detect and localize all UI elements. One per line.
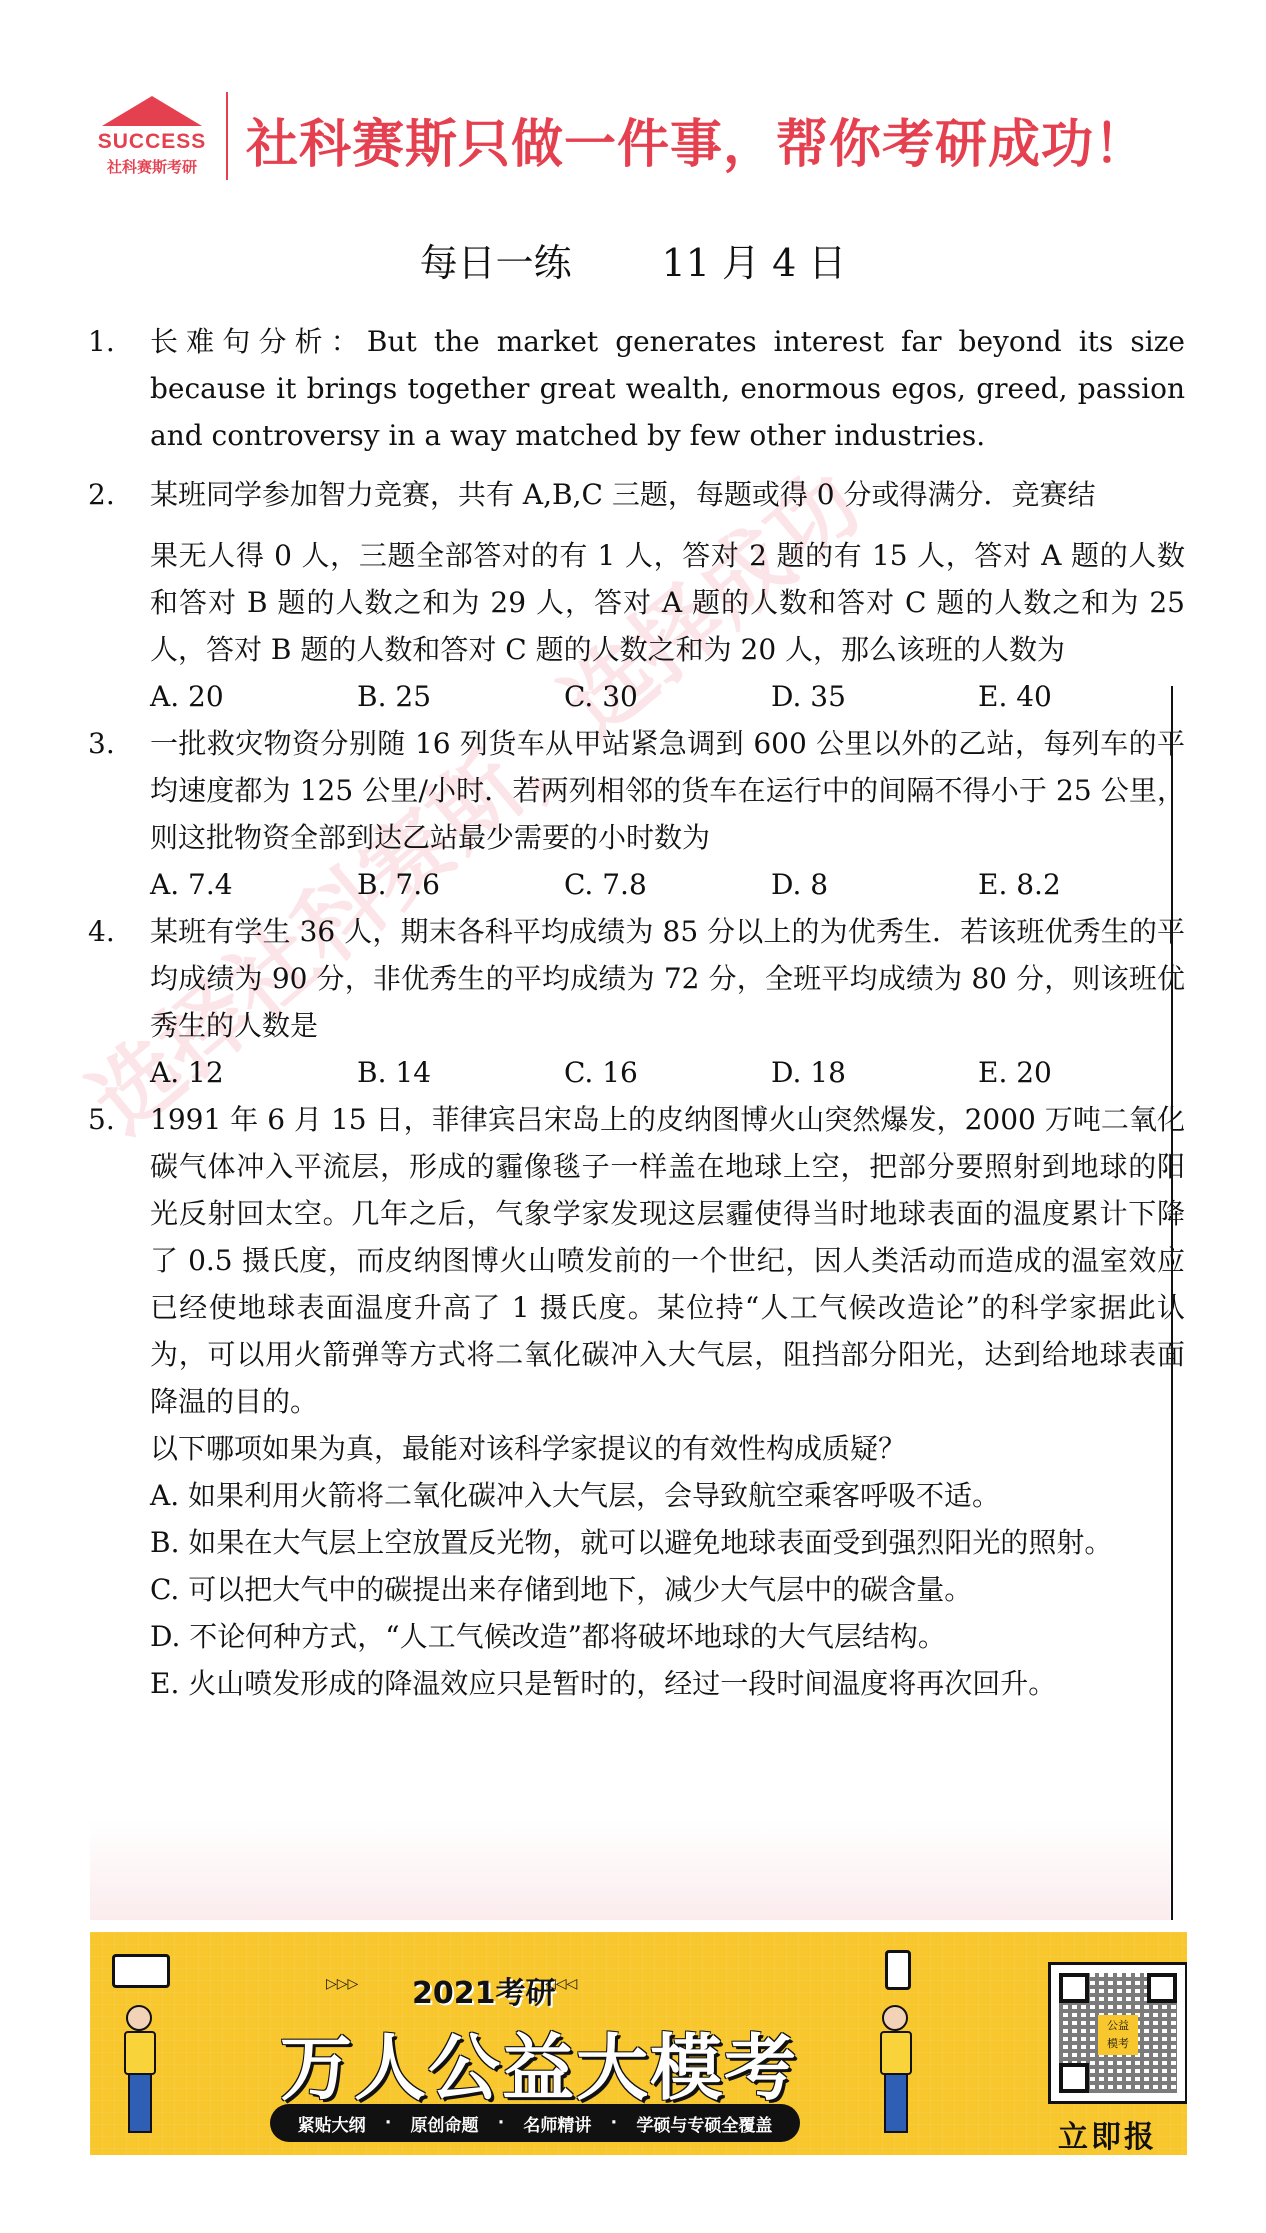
option-a[interactable]: A. 7.4 — [150, 861, 357, 908]
option-a[interactable]: A. 如果利用火箭将二氧化碳冲入大气层，会导致航空乘客呼吸不适。 — [150, 1472, 1185, 1519]
feature-item: 学硕与专硕全覆盖 — [636, 2111, 772, 2136]
question-text: 1991 年 6 月 15 日，菲律宾吕宋岛上的皮纳图博火山突然爆发，2000 … — [150, 1096, 1185, 1425]
girl-illustration-right — [870, 1987, 916, 2137]
option-d[interactable]: D. 35 — [771, 673, 978, 720]
question-list: 1. 长难句分析：But the market generates intere… — [88, 318, 1185, 1707]
header-tagline: 社科赛斯只做一件事，帮你考研成功！ — [246, 102, 1147, 177]
decorative-wash — [90, 1820, 1170, 1920]
roof-icon — [102, 96, 202, 126]
girl-illustration-left — [114, 1987, 160, 2137]
banner-subtitle: 2021考研 — [412, 1968, 556, 2012]
options-row: A. 12 B. 14 C. 16 D. 18 E. 20 — [150, 1049, 1185, 1096]
feature-item: 原创命题 — [411, 2111, 479, 2136]
page-header: SUCCESS 社科赛斯考研 社科赛斯只做一件事，帮你考研成功！ — [88, 92, 1188, 182]
options-row: A. 7.4 B. 7.6 C. 7.8 D. 8 E. 8.2 — [150, 861, 1185, 908]
logo-word: SUCCESS — [88, 130, 216, 154]
option-d[interactable]: D. 不论何种方式，“人工气候改造”都将破坏地球的大气层结构。 — [150, 1613, 1185, 1660]
option-e[interactable]: E. 8.2 — [978, 861, 1185, 908]
title-label: 每日一练 — [420, 232, 572, 287]
qr-center-label: 公益 模考 — [1098, 2015, 1138, 2055]
option-c[interactable]: C. 30 — [564, 673, 771, 720]
mock-exam-banner[interactable]: ▷▷▷ 2021考研 ◁◁◁ 万人公益大模考 紧贴大纲 · 原创命题 · 名师精… — [90, 1932, 1187, 2155]
option-c[interactable]: C. 7.8 — [564, 861, 771, 908]
success-logo: SUCCESS 社科赛斯考研 — [88, 96, 216, 180]
option-b[interactable]: B. 14 — [357, 1049, 564, 1096]
question-3: 3. 一批救灾物资分别随 16 列货车从甲站紧急调到 600 公里以外的乙站，每… — [88, 720, 1185, 908]
question-text-line1: 某班同学参加智力竞赛，共有 A,B,C 三题，每题或得 0 分或得满分．竞赛结 — [150, 471, 1185, 518]
logo-chinese-name: 社科赛斯考研 — [88, 156, 216, 177]
options-row: A. 20 B. 25 C. 30 D. 35 E. 40 — [150, 673, 1185, 720]
question-number: 1. — [88, 318, 115, 365]
option-b[interactable]: B. 如果在大气层上空放置反光物，就可以避免地球表面受到强烈阳光的照射。 — [150, 1519, 1185, 1566]
question-number: 5. — [88, 1096, 115, 1143]
header-divider — [226, 92, 228, 180]
option-b[interactable]: B. 25 — [357, 673, 564, 720]
arrows-right-icon: ◁◁◁ — [545, 1976, 577, 1992]
option-b[interactable]: B. 7.6 — [357, 861, 564, 908]
question-text: 长难句分析：But the market generates interest … — [150, 318, 1185, 459]
title-date: 11 月 4 日 — [662, 232, 847, 287]
question-2: 2. 某班同学参加智力竞赛，共有 A,B,C 三题，每题或得 0 分或得满分．竞… — [88, 471, 1185, 720]
option-d[interactable]: D. 8 — [771, 861, 978, 908]
page-title: 每日一练11 月 4 日 — [0, 232, 1266, 287]
register-now-button[interactable]: 立即报名 — [1058, 2112, 1187, 2155]
question-prompt: 以下哪项如果为真，最能对该科学家提议的有效性构成质疑？ — [150, 1425, 1185, 1472]
arrows-left-icon: ▷▷▷ — [326, 1976, 358, 1992]
question-number: 3. — [88, 720, 115, 767]
phone-icon — [112, 1954, 170, 1988]
question-5: 5. 1991 年 6 月 15 日，菲律宾吕宋岛上的皮纳图博火山突然爆发，20… — [88, 1096, 1185, 1707]
option-c[interactable]: C. 可以把大气中的碳提出来存储到地下，减少大气层中的碳含量。 — [150, 1566, 1185, 1613]
option-d[interactable]: D. 18 — [771, 1049, 978, 1096]
option-c[interactable]: C. 16 — [564, 1049, 771, 1096]
option-e[interactable]: E. 20 — [978, 1049, 1185, 1096]
question-text: 某班有学生 36 人，期末各科平均成绩为 85 分以上的为优秀生．若该班优秀生的… — [150, 908, 1185, 1049]
margin-rule — [1171, 686, 1173, 1920]
question-text: 一批救灾物资分别随 16 列货车从甲站紧急调到 600 公里以外的乙站，每列车的… — [150, 720, 1185, 861]
qr-code[interactable]: 公益 模考 — [1048, 1962, 1187, 2104]
phone-icon — [885, 1950, 911, 1990]
question-1: 1. 长难句分析：But the market generates intere… — [88, 318, 1185, 459]
option-a[interactable]: A. 20 — [150, 673, 357, 720]
question-text: 果无人得 0 人，三题全部答对的有 1 人，答对 2 题的有 15 人，答对 A… — [150, 532, 1185, 673]
question-4: 4. 某班有学生 36 人，期末各科平均成绩为 85 分以上的为优秀生．若该班优… — [88, 908, 1185, 1096]
banner-headline: 万人公益大模考 — [280, 2010, 798, 2114]
question-number: 2. — [88, 471, 115, 518]
option-e[interactable]: E. 40 — [978, 673, 1185, 720]
option-a[interactable]: A. 12 — [150, 1049, 357, 1096]
feature-item: 紧贴大纲 — [298, 2111, 366, 2136]
feature-item: 名师精讲 — [523, 2111, 591, 2136]
feature-pill: 紧贴大纲 · 原创命题 · 名师精讲 · 学硕与专硕全覆盖 — [270, 2104, 800, 2142]
question-number: 4. — [88, 908, 115, 955]
option-e[interactable]: E. 火山喷发形成的降温效应只是暂时的，经过一段时间温度将再次回升。 — [150, 1660, 1185, 1707]
